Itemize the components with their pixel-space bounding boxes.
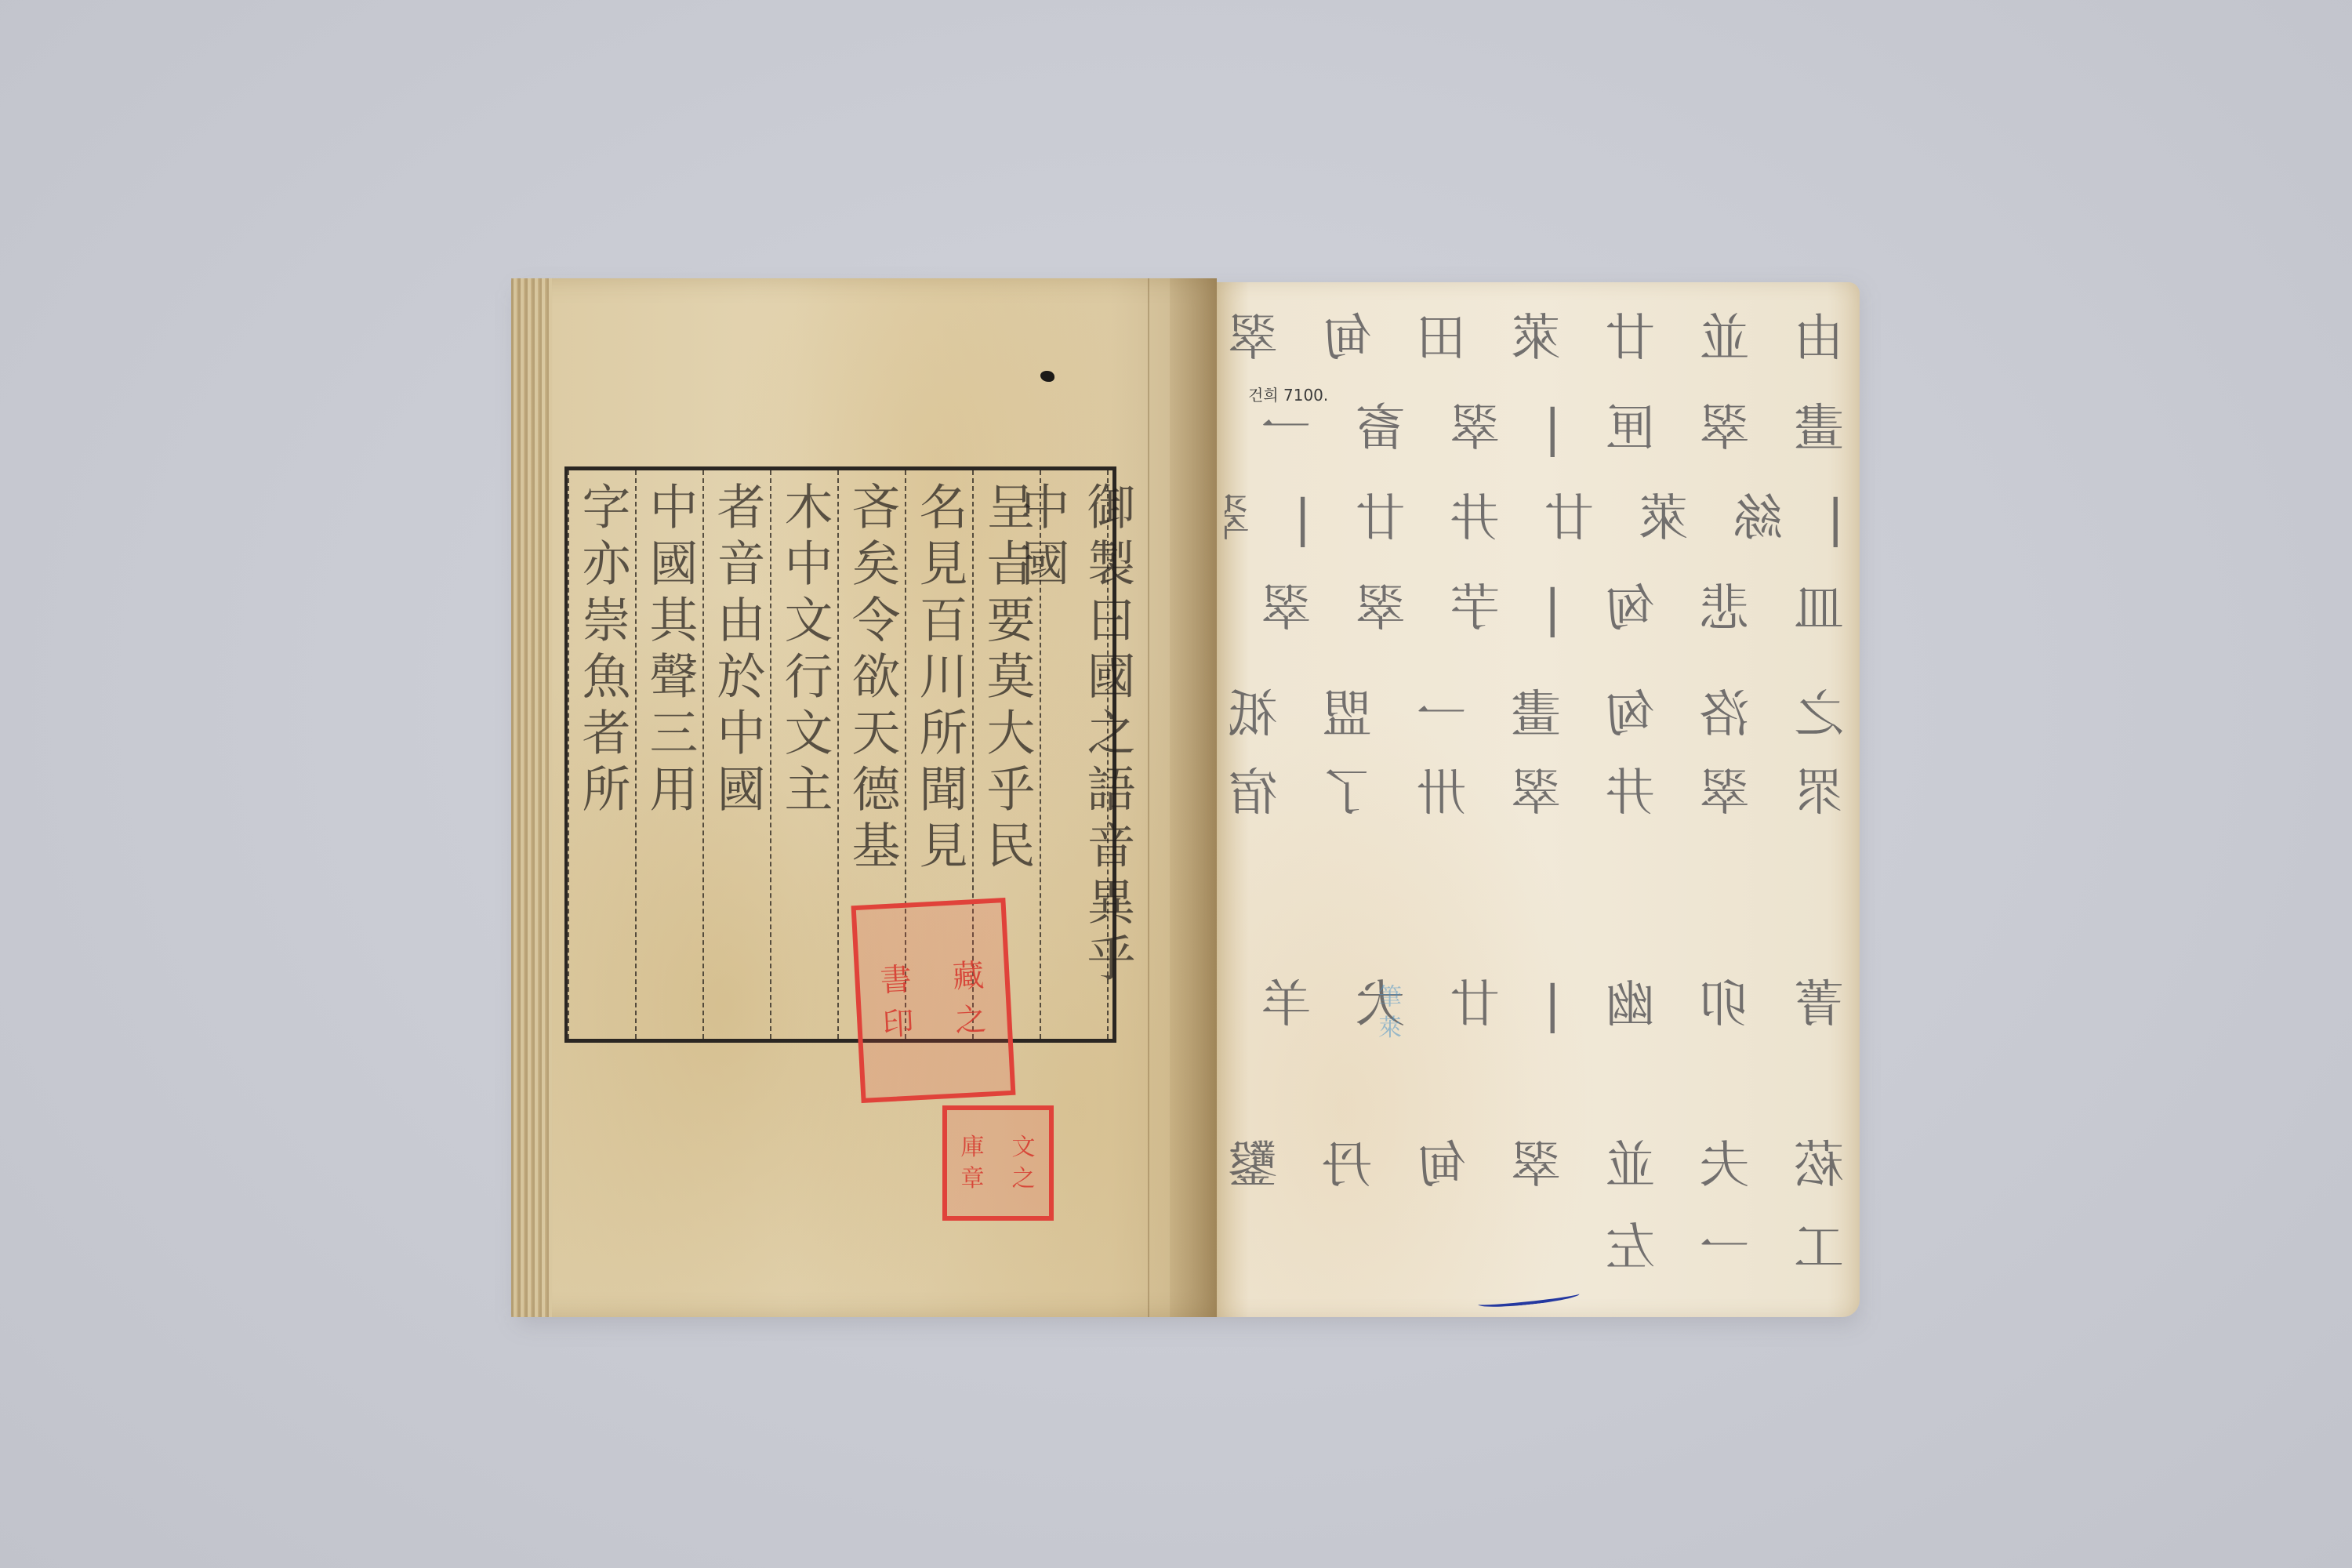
handwritten-row: 眔 翠 井 翠 卅 了 宿 — [1225, 753, 1844, 839]
printed-text-frame: 字亦崇魚者所 中國其聲三用 者音由於中國 木中文行文主 吝矣令欲天德基 名見百川… — [564, 466, 1116, 1043]
fold-line — [1148, 278, 1149, 1317]
red-seal-stamp-large: 書藏 印之 — [851, 898, 1016, 1103]
handwritten-row: | 絲 萊 廿 井 廿 | 翠 萊 绥 岁 — [1225, 478, 1844, 564]
text-column: 御製曰國之語音異乎中國 — [1040, 470, 1109, 1039]
blue-ink-annotation: 筆 萊 — [1370, 984, 1404, 1039]
text-column: 字亦崇魚者所 — [568, 470, 635, 1039]
handwritten-row: 菘 夫 並 翠 甸 丹 鑿 井 — [1225, 1125, 1844, 1211]
handwritten-row: 由 並 廿 萊 田 甸 翠 开 品 爭 — [1225, 298, 1844, 384]
text-column: 中國其聲三用 — [635, 470, 702, 1039]
pencil-catalog-note: 건희 7100. — [1248, 383, 1328, 405]
page-edges — [511, 278, 552, 1317]
gutter — [1170, 278, 1217, 1317]
handwritten-row: 菁 卯 幽 | 廿 犬 羊 匍 翠 — [1225, 964, 1844, 1051]
right-page-handwritten: 由 並 廿 萊 田 甸 翠 开 品 爭 畫 翠 匣 | 翠 畜 一 冊 由 圭 … — [1217, 282, 1860, 1317]
text-column: 木中文行文主 — [770, 470, 837, 1039]
handwritten-row: 皿 悲 匈 | 芋 翠 翠 洁 萊 笥 — [1225, 568, 1844, 655]
red-seal-stamp-small: 庫文 章之 — [942, 1105, 1054, 1221]
open-book: 字亦崇魚者所 中國其聲三用 者音由於中國 木中文行文主 吝矣令欲天德基 名見百川… — [511, 278, 1860, 1321]
left-page-printed: 字亦崇魚者所 中國其聲三用 者音由於中國 木中文行文主 吝矣令欲天德基 名見百川… — [511, 278, 1217, 1317]
ink-blot — [1040, 371, 1054, 382]
handwritten-row: 之 洛 匈 畫 一 盟 祗 萊 妳 峇 — [1225, 674, 1844, 760]
text-column: 者音由於中國 — [702, 470, 770, 1039]
handwritten-row: 工 一 左 — [1225, 1207, 1844, 1294]
